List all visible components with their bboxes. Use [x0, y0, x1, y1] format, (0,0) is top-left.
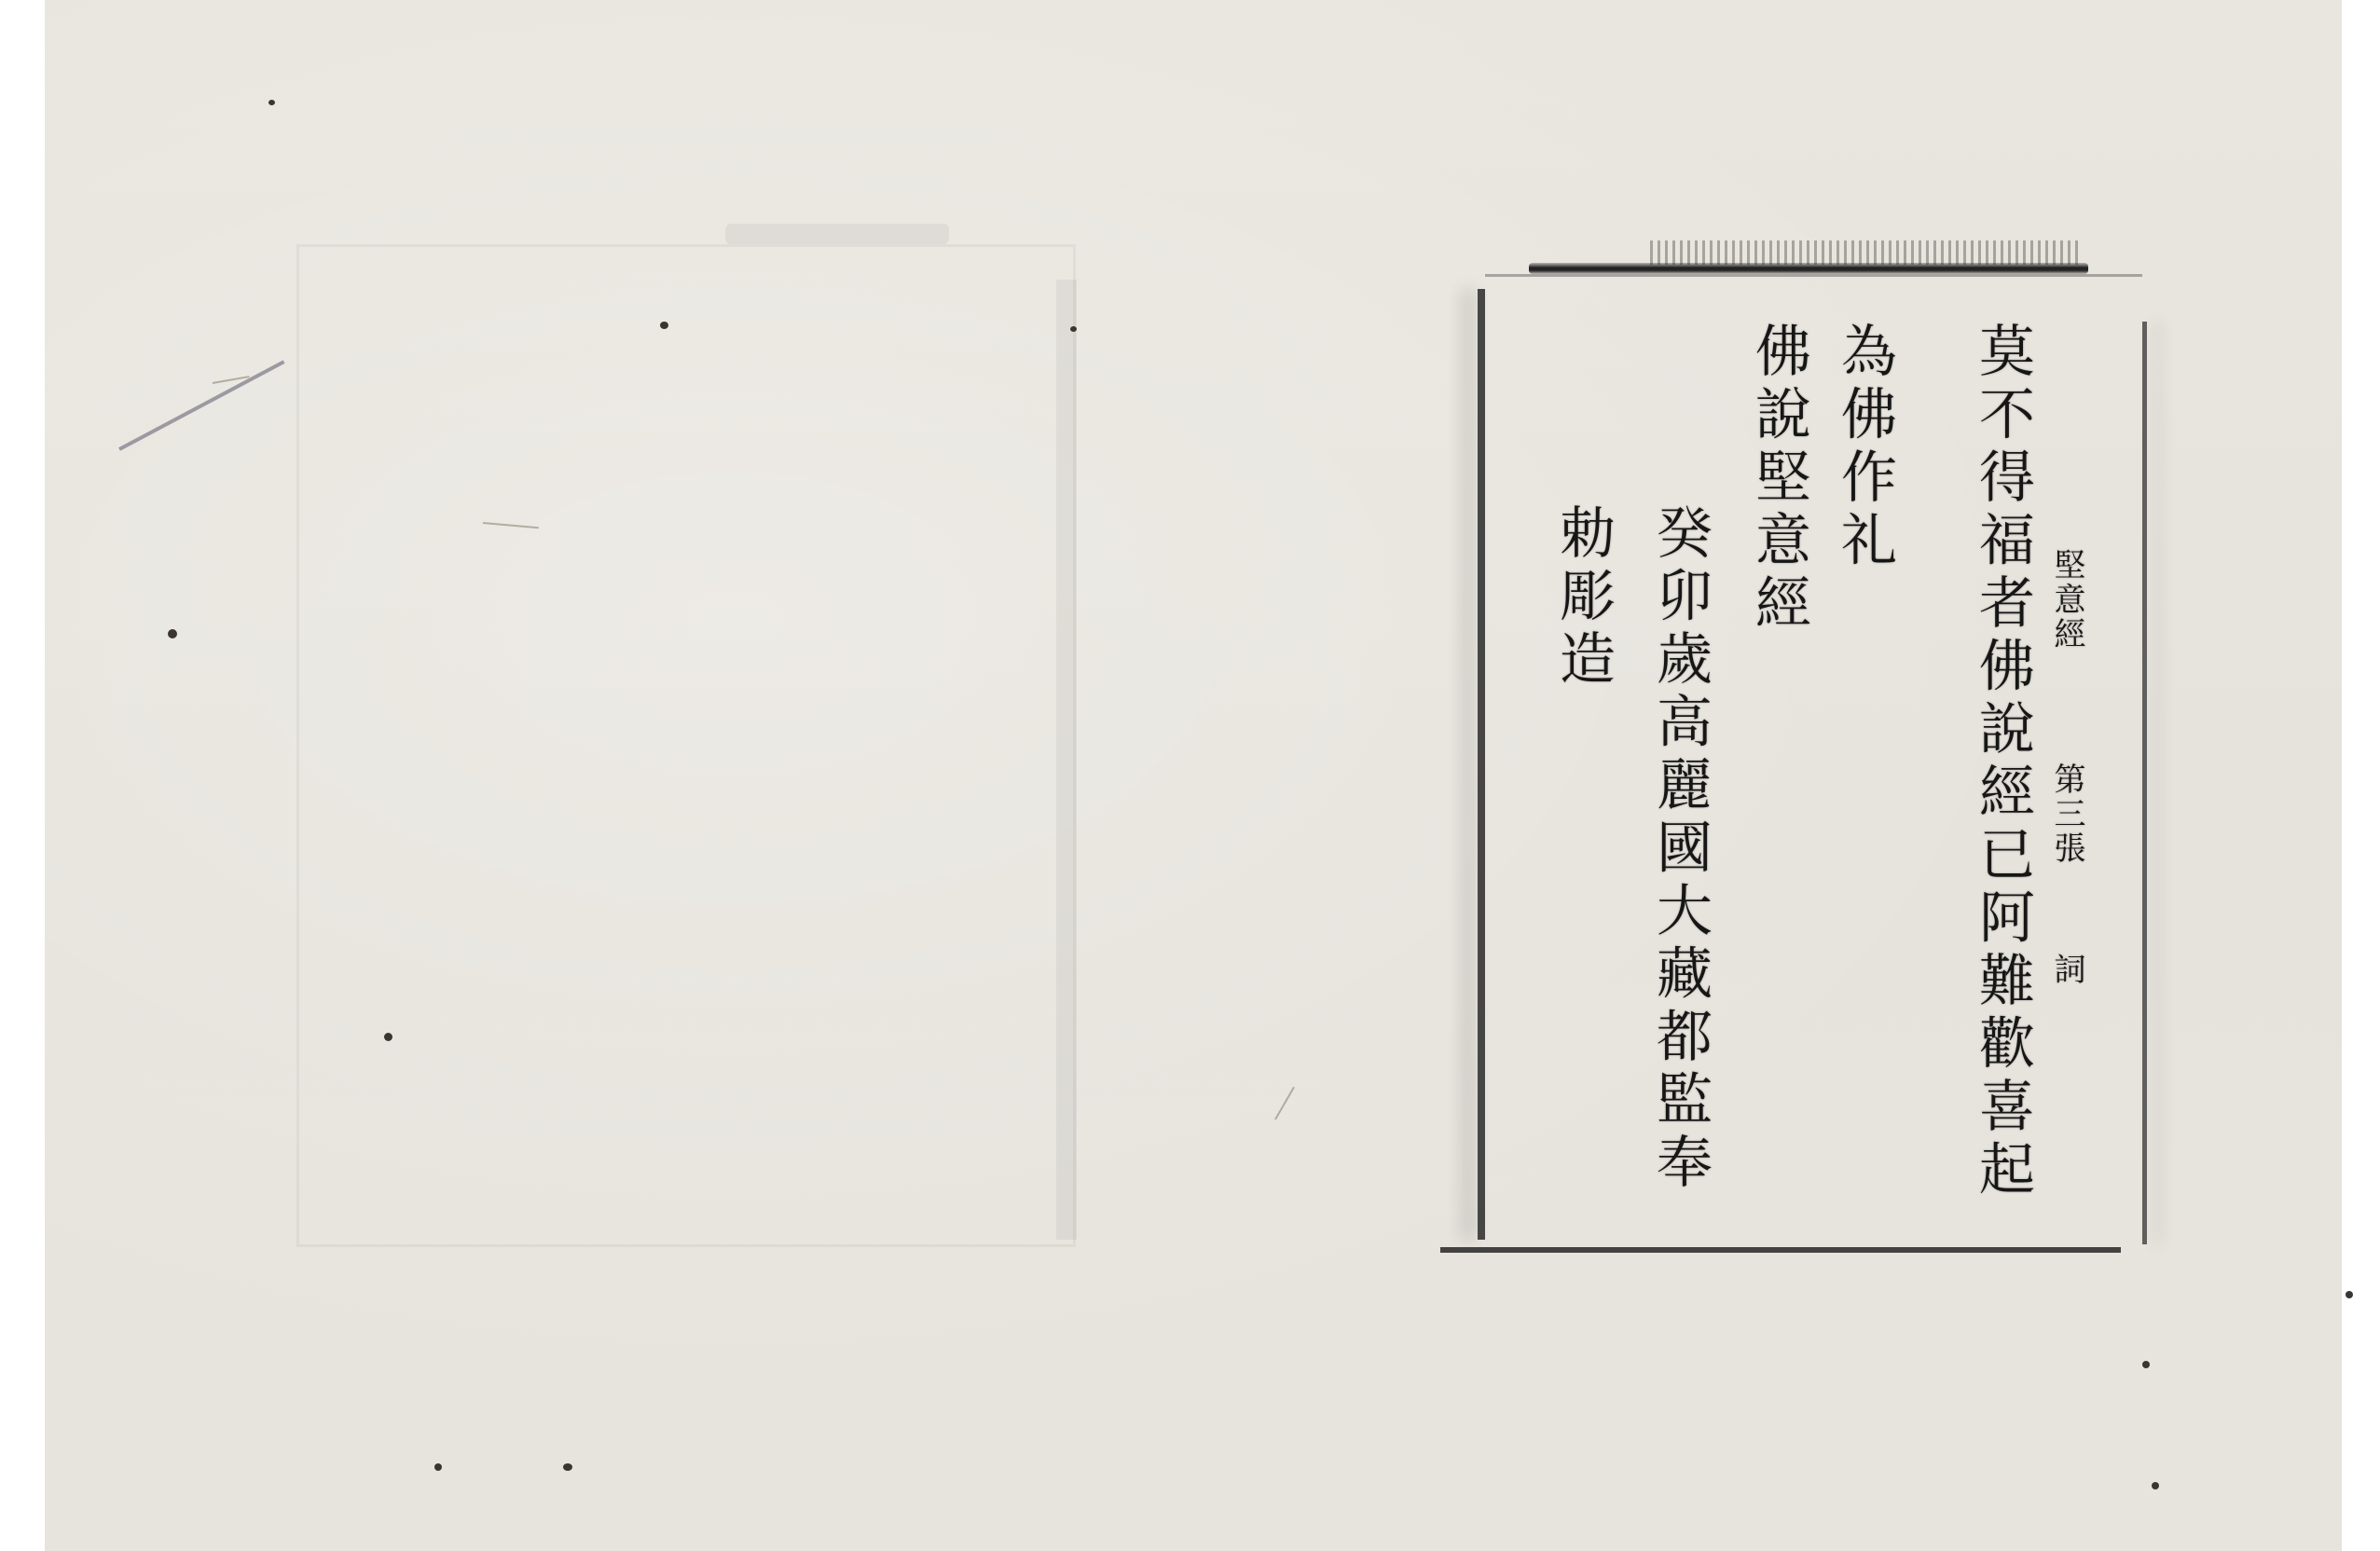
print-frame-inner-top: [1485, 274, 2142, 277]
text-column-1: 莫不得福者佛說經已阿難歡喜起: [1974, 322, 2030, 1202]
print-frame-bottom: [1440, 1247, 2121, 1253]
paper-speck: [2152, 1482, 2159, 1489]
text-column-4-colophon: 癸卯歲高麗國大藏都監奉: [1652, 503, 1708, 1196]
frame-top-ink-smudge: [1650, 240, 2079, 265]
paper-speck: [2142, 1361, 2150, 1368]
paper-speck: [660, 322, 668, 329]
paper-speck: [384, 1033, 392, 1041]
marginal-note-title: 堅意經: [2051, 548, 2083, 652]
print-frame-right: [2142, 322, 2147, 1244]
paper-speck: [268, 100, 275, 105]
text-column-3-sutra-title: 佛說堅意經: [1751, 322, 1807, 637]
text-column-5-colophon: 勅彫造: [1555, 503, 1611, 693]
paper-speck: [563, 1463, 572, 1471]
print-frame-top: [1529, 263, 2088, 274]
paper-speck: [1070, 326, 1077, 332]
show-through-frame: [296, 244, 1076, 1247]
paper-fiber: [1274, 1087, 1295, 1120]
marginal-note-page: 第三張: [2051, 762, 2083, 866]
paper-speck: [2346, 1291, 2353, 1298]
paper-speck: [168, 629, 177, 638]
marginal-note-carver-mark: 詞: [2051, 953, 2083, 987]
paper-fiber-crack: [118, 360, 284, 450]
show-through-smudge: [725, 224, 949, 244]
print-frame-left: [1478, 289, 1485, 1240]
text-column-2: 為佛作礼: [1837, 322, 1892, 573]
show-through-column-line: [1056, 280, 1077, 1240]
paper-speck: [434, 1463, 442, 1471]
